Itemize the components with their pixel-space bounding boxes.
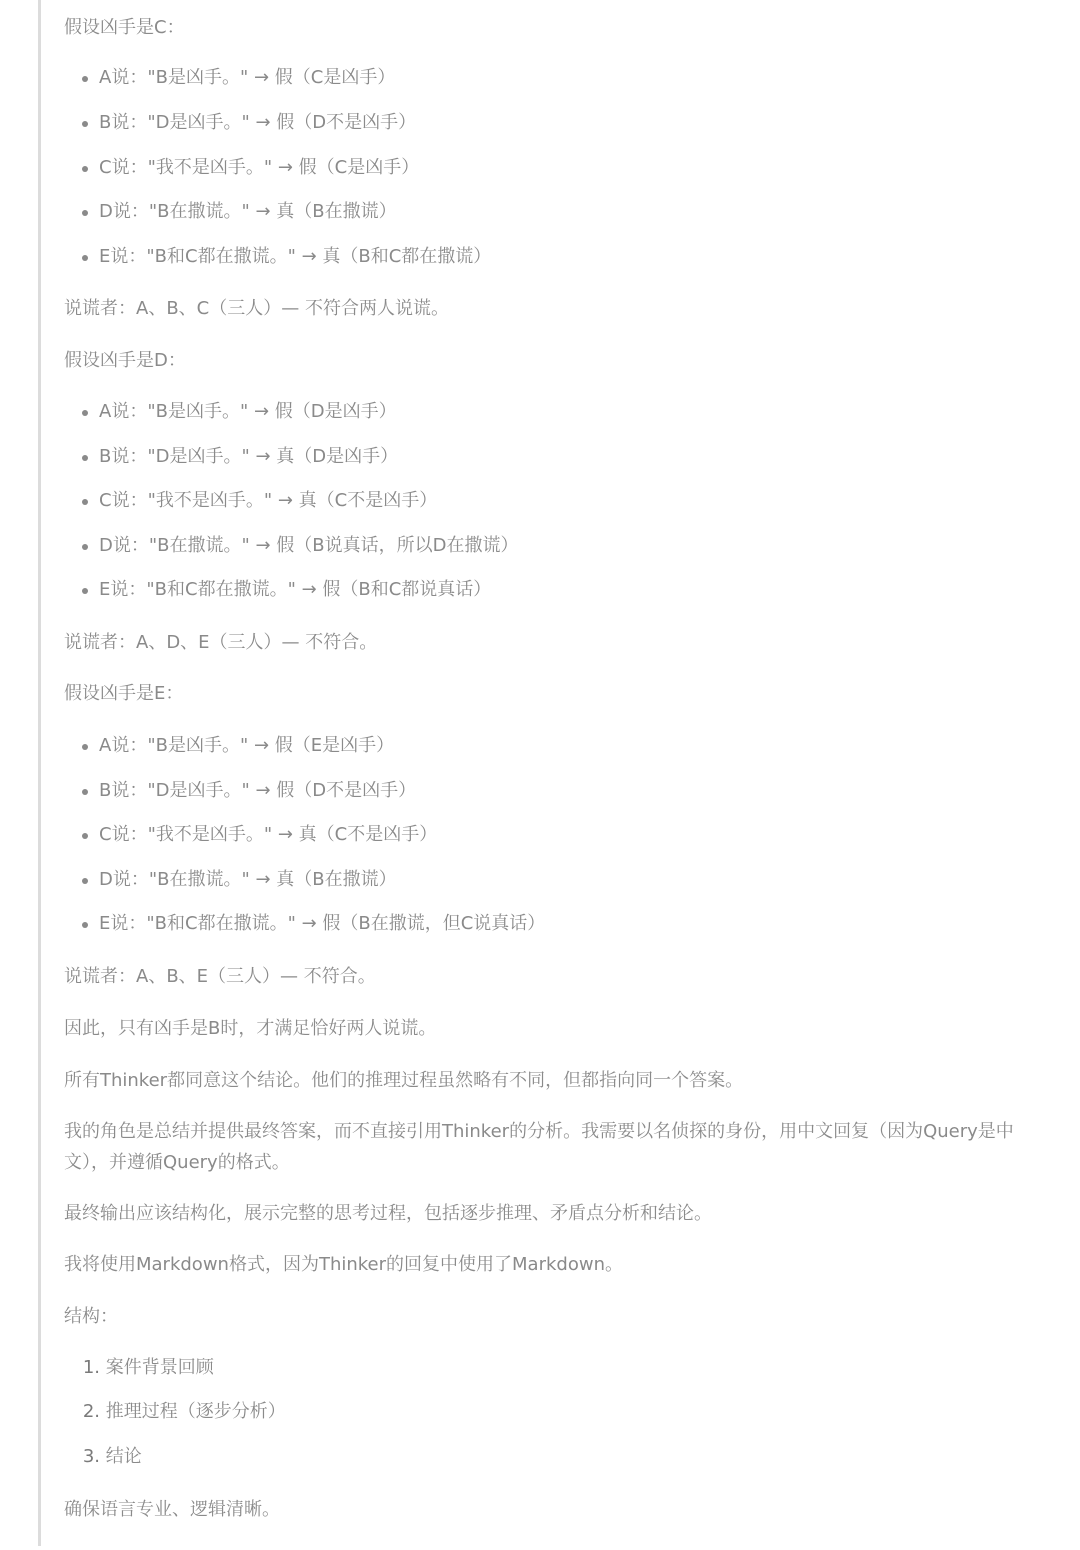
list-item: C说："我不是凶手。" → 真（C不是凶手）	[82, 487, 437, 515]
case-c-heading: 假设凶手是C：	[64, 12, 185, 43]
closing-text: 确保语言专业、逻辑清晰。	[64, 1494, 280, 1525]
case-d-liars: 说谎者：A、D、E（三人）— 不符合。	[64, 627, 377, 658]
list-item: E说："B和C都在撒谎。" → 真（B和C都在撒谎）	[82, 243, 491, 271]
list-item: A说："B是凶手。" → 假（E是凶手）	[82, 732, 394, 760]
list-item: A说："B是凶手。" → 假（C是凶手）	[82, 64, 395, 92]
list-item: B说："D是凶手。" → 假（D不是凶手）	[82, 109, 416, 137]
case-c-liars: 说谎者：A、B、C（三人）— 不符合两人说谎。	[64, 293, 449, 324]
structure-label: 结构：	[64, 1301, 118, 1332]
agreement-text: 所有Thinker都同意这个结论。他们的推理过程虽然略有不同，但都指向同一个答案…	[64, 1065, 743, 1096]
ordered-list-item: 1. 案件背景回顾	[78, 1354, 214, 1382]
list-item: C说："我不是凶手。" → 假（C是凶手）	[82, 154, 419, 182]
list-item: D说："B在撒谎。" → 假（B说真话，所以D在撒谎）	[82, 532, 519, 560]
ordered-list-item: 3. 结论	[78, 1443, 142, 1471]
list-item: E说："B和C都在撒谎。" → 假（B和C都说真话）	[82, 576, 491, 604]
output-plan-text: 最终输出应该结构化，展示完整的思考过程，包括逐步推理、矛盾点分析和结论。	[64, 1198, 712, 1229]
thinking-blockquote	[38, 0, 1041, 1546]
list-item: E说："B和C都在撒谎。" → 假（B在撒谎，但C说真话）	[82, 910, 545, 938]
list-item: D说："B在撒谎。" → 真（B在撒谎）	[82, 866, 397, 894]
case-e-heading: 假设凶手是E：	[64, 678, 183, 709]
list-item: B说："D是凶手。" → 假（D不是凶手）	[82, 777, 416, 805]
list-item: D说："B在撒谎。" → 真（B在撒谎）	[82, 198, 397, 226]
role-text: 我的角色是总结并提供最终答案，而不直接引用Thinker的分析。我需要以名侦探的…	[64, 1116, 1014, 1178]
list-item: B说："D是凶手。" → 真（D是凶手）	[82, 443, 398, 471]
ordered-list-item: 2. 推理过程（逐步分析）	[78, 1398, 286, 1426]
list-item: A说："B是凶手。" → 假（D是凶手）	[82, 398, 397, 426]
case-e-liars: 说谎者：A、B、E（三人）— 不符合。	[64, 961, 376, 992]
markdown-note-text: 我将使用Markdown格式，因为Thinker的回复中使用了Markdown。	[64, 1249, 623, 1280]
list-item: C说："我不是凶手。" → 真（C不是凶手）	[82, 821, 437, 849]
case-d-heading: 假设凶手是D：	[64, 345, 186, 376]
conclusion-text: 因此，只有凶手是B时，才满足恰好两人说谎。	[64, 1013, 436, 1044]
